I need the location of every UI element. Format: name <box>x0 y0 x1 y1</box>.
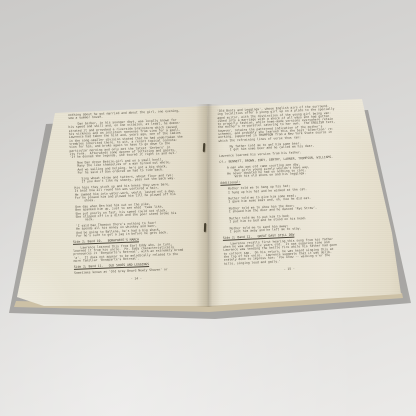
left-page-number: - 14 - <box>74 275 198 283</box>
right-paragraph-1: 'Old Boots and Leggings', whose English … <box>217 104 348 143</box>
photo-of-open-booklet: nothing about he got married and about t… <box>0 0 416 416</box>
right-page-number: - 15 - <box>224 265 354 274</box>
left-paragraph-1: Dan Gerber, in his younger days, was loc… <box>68 118 193 159</box>
paragraph-band10: Lawrence learned this from Earl Eddy who… <box>73 242 198 263</box>
left-stanza-4: One day when Ben had him out on the pike… <box>72 201 197 222</box>
left-stanza-3: His hips they stuck up and his knees the… <box>71 182 196 203</box>
mother-told-me-couplets: Mother told me to hang up his hat; I hun… <box>221 182 353 234</box>
center-fold-shadow <box>196 104 220 307</box>
left-page: nothing about he got married and about t… <box>14 100 216 314</box>
left-stanza-1: Now Dan drove Bessie-girl and on a small… <box>70 157 194 175</box>
paragraph-band12: Lawrence recalls first hearing this song… <box>223 237 354 266</box>
left-page-text-column: nothing about he got married and about t… <box>68 109 199 286</box>
right-page: 'Old Boots and Leggings', whose English … <box>204 90 410 312</box>
left-stanza-5: 'I said Dan Thomson there's nothing to f… <box>72 220 196 238</box>
right-page-text-column: 'Old Boots and Leggings', whose English … <box>217 104 354 277</box>
